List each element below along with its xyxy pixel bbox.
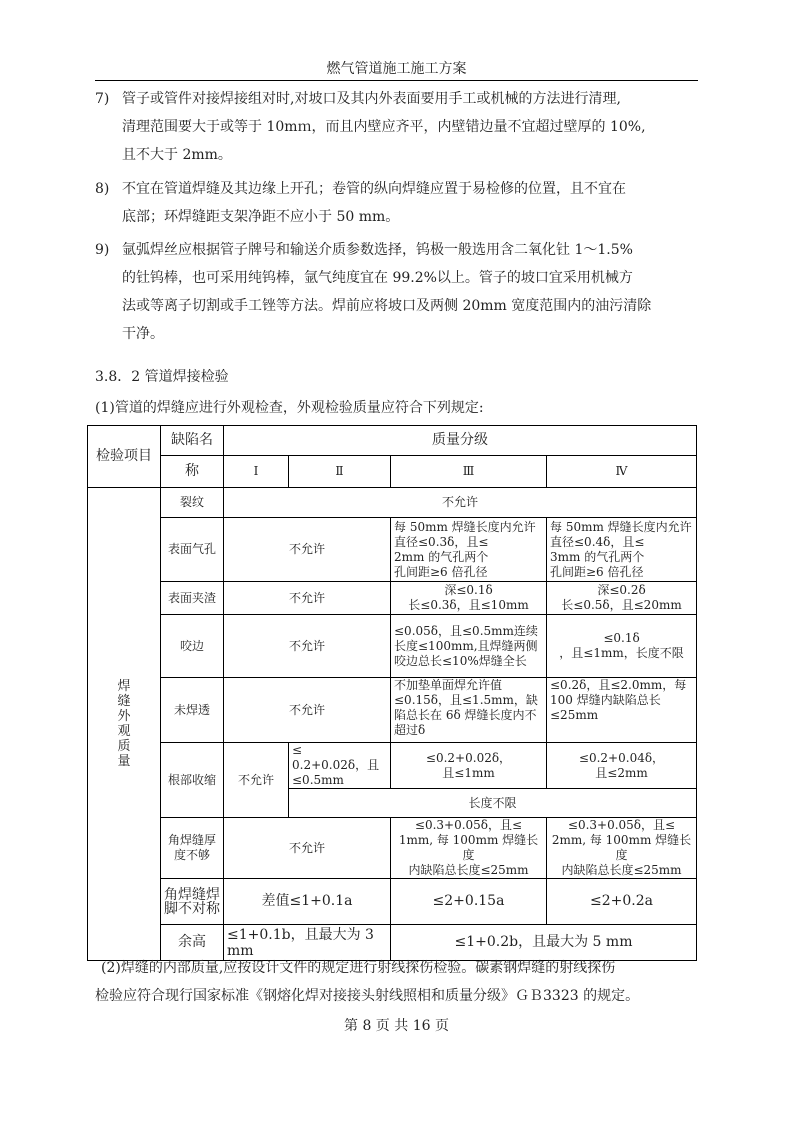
fillet-thickness-grade-4: ≤0.3+0.05δ，且≤2mm, 每 100mm 焊缝长度内缺陷总长度≤25m… [547,818,697,879]
section-heading: 3.8．2 管道焊接检验 [95,363,707,391]
header-defect-name-line2: 称 [161,456,224,488]
defect-name: 根部收缩 [161,743,224,818]
list-item-7: 7)管子或管件对接焊接组对时,对坡口及其内外表面要用手工或机械的方法进行清理, … [95,85,707,169]
fillet-asym-grade-3: ≤2+0.15a [391,879,547,925]
root-shrink-grade-4: ≤0.2+0.04δ，且≤2mm [547,743,697,789]
defect-name: 表面气孔 [161,518,224,582]
header-grade-3: Ⅲ [391,456,547,488]
list-item-8: 8)不宜在管道焊缝及其边缘上开孔；卷管的纵向焊缝应置于易检修的位置，且不宜在 底… [95,175,707,231]
lack-penetration-grade-3: 不加垫单面焊允许值≤0.15δ，且≤1.5mm，缺陷总长在 6δ 焊缝长度内不超… [391,678,547,743]
item-line: 氩弧焊丝应根据管子牌号和输送介质参数选择，钨极一般选用含二氧化钍 1～1.5% [122,236,707,264]
root-shrink-grade-3: ≤0.2+0.02δ，且≤1mm [391,743,547,789]
defect-name: 未焊透 [161,678,224,743]
header-quality-grade: 质量分级 [224,426,697,456]
closing-paragraph: (2)焊缝的内部质量,应按设计文件的规定进行射线探伤检验。碳素钢焊缝的射线探伤 … [95,954,707,1010]
item-line: 管子或管件对接焊接组对时,对坡口及其内外表面要用手工或机械的方法进行清理, [122,85,707,113]
fillet-asym-grade-4: ≤2+0.2a [547,879,697,925]
closing-line: 检验应符合现行国家标准《钢熔化焊对接接头射线照相和质量分级》ＧＢ3323 的规定… [95,982,707,1010]
slag-grade-4: 深≤0.2δ长≤0.5δ，且≤20mm [547,582,697,615]
fillet-thickness-grade-3: ≤0.3+0.05δ，且≤1mm, 每 100mm 焊缝长度内缺陷总长度≤25m… [391,818,547,879]
item-line: 法或等离子切割或手工锉等方法。焊前应将坡口及两侧 20mm 宽度范围内的油污清除 [122,292,707,320]
root-shrink-grade-2: ≤ 0.2+0.02δ，且≤0.5mm [289,743,391,789]
section-intro: (1)管道的焊缝应进行外观检查，外观检验质量应符合下列规定: [95,394,707,422]
item-line: 底部；环焊缝距支架净距不应小于 50 mm。 [122,203,707,231]
header-divider [95,80,698,81]
document-header-title: 燃气管道施工施工方案 [95,58,698,78]
item-number: 8) [95,175,122,203]
crack-all-grades: 不允许 [224,488,697,518]
header-defect-name-line1: 缺陷名 [161,426,224,456]
item-number: 9) [95,236,122,264]
root-shrink-grade-1: 不允许 [224,743,289,818]
item-line: 且不大于 2mm。 [122,141,707,169]
fillet-thickness-grade-1-2: 不允许 [224,818,391,879]
header-grade-2: Ⅱ [289,456,391,488]
pore-grade-3: 每 50mm 焊缝长度内允许直径≤0.3δ，且≤2mm 的气孔两个孔间距≥6 倍… [391,518,547,582]
item-line: 的钍钨棒，也可采用纯钨棒，氩气纯度宜在 99.2%以上。管子的坡口宜采用机械方 [122,264,707,292]
root-shrink-length: 长度不限 [289,789,697,818]
header-grade-4: Ⅳ [547,456,697,488]
pore-grade-4: 每 50mm 焊缝长度内允许直径≤0.4δ，且≤3mm 的气孔两个孔间距≥6 倍… [547,518,697,582]
fillet-asym-grade-1-2: 差值≤1+0.1a [224,879,391,925]
undercut-grade-1-2: 不允许 [224,615,391,678]
lack-penetration-grade-1-2: 不允许 [224,678,391,743]
slag-grade-3: 深≤0.1δ长≤0.3δ，且≤10mm [391,582,547,615]
undercut-grade-4: ≤0.1δ，且≤1mm，长度不限 [547,615,697,678]
header-grade-1: Ⅰ [224,456,289,488]
list-item-9: 9)氩弧焊丝应根据管子牌号和输送介质参数选择，钨极一般选用含二氧化钍 1～1.5… [95,236,707,348]
undercut-grade-3: ≤0.05δ，且≤0.5mm连续长度≤100mm,且焊缝两侧咬边总长≤10%焊缝… [391,615,547,678]
item-number: 7) [95,85,122,113]
closing-line: (2)焊缝的内部质量,应按设计文件的规定进行射线探伤检验。碳素钢焊缝的射线探伤 [95,954,707,982]
defect-name: 表面夹渣 [161,582,224,615]
defect-name: 角焊缝厚度不够 [161,818,224,879]
item-line: 清理范围要大于或等于 10mｍ，而且内壁应齐平，内壁错边量不宜超过壁厚的 10%… [122,113,707,141]
header-inspection-item: 检验项目 [88,426,161,488]
slag-grade-1-2: 不允许 [224,582,391,615]
weld-appearance-quality-table: 检验项目 缺陷名 质量分级 称 Ⅰ Ⅱ Ⅲ Ⅳ 焊 缝 外 观 质 量 裂纹 不… [87,425,697,961]
item-line: 干净。 [122,320,707,348]
group-label-weld-appearance: 焊 缝 外 观 质 量 [88,488,161,961]
defect-name: 裂纹 [161,488,224,518]
item-line: 不宜在管道焊缝及其边缘上开孔；卷管的纵向焊缝应置于易检修的位置，且不宜在 [122,175,707,203]
lack-penetration-grade-4: ≤0.2δ，且≤2.0mm，每 100 焊缝内缺陷总长≤25mm [547,678,697,743]
pore-grade-1-2: 不允许 [224,518,391,582]
page-number: 第 8 页 共 16 页 [95,1015,698,1035]
defect-name: 咬边 [161,615,224,678]
defect-name: 角焊缝焊脚不对称 [161,879,224,925]
